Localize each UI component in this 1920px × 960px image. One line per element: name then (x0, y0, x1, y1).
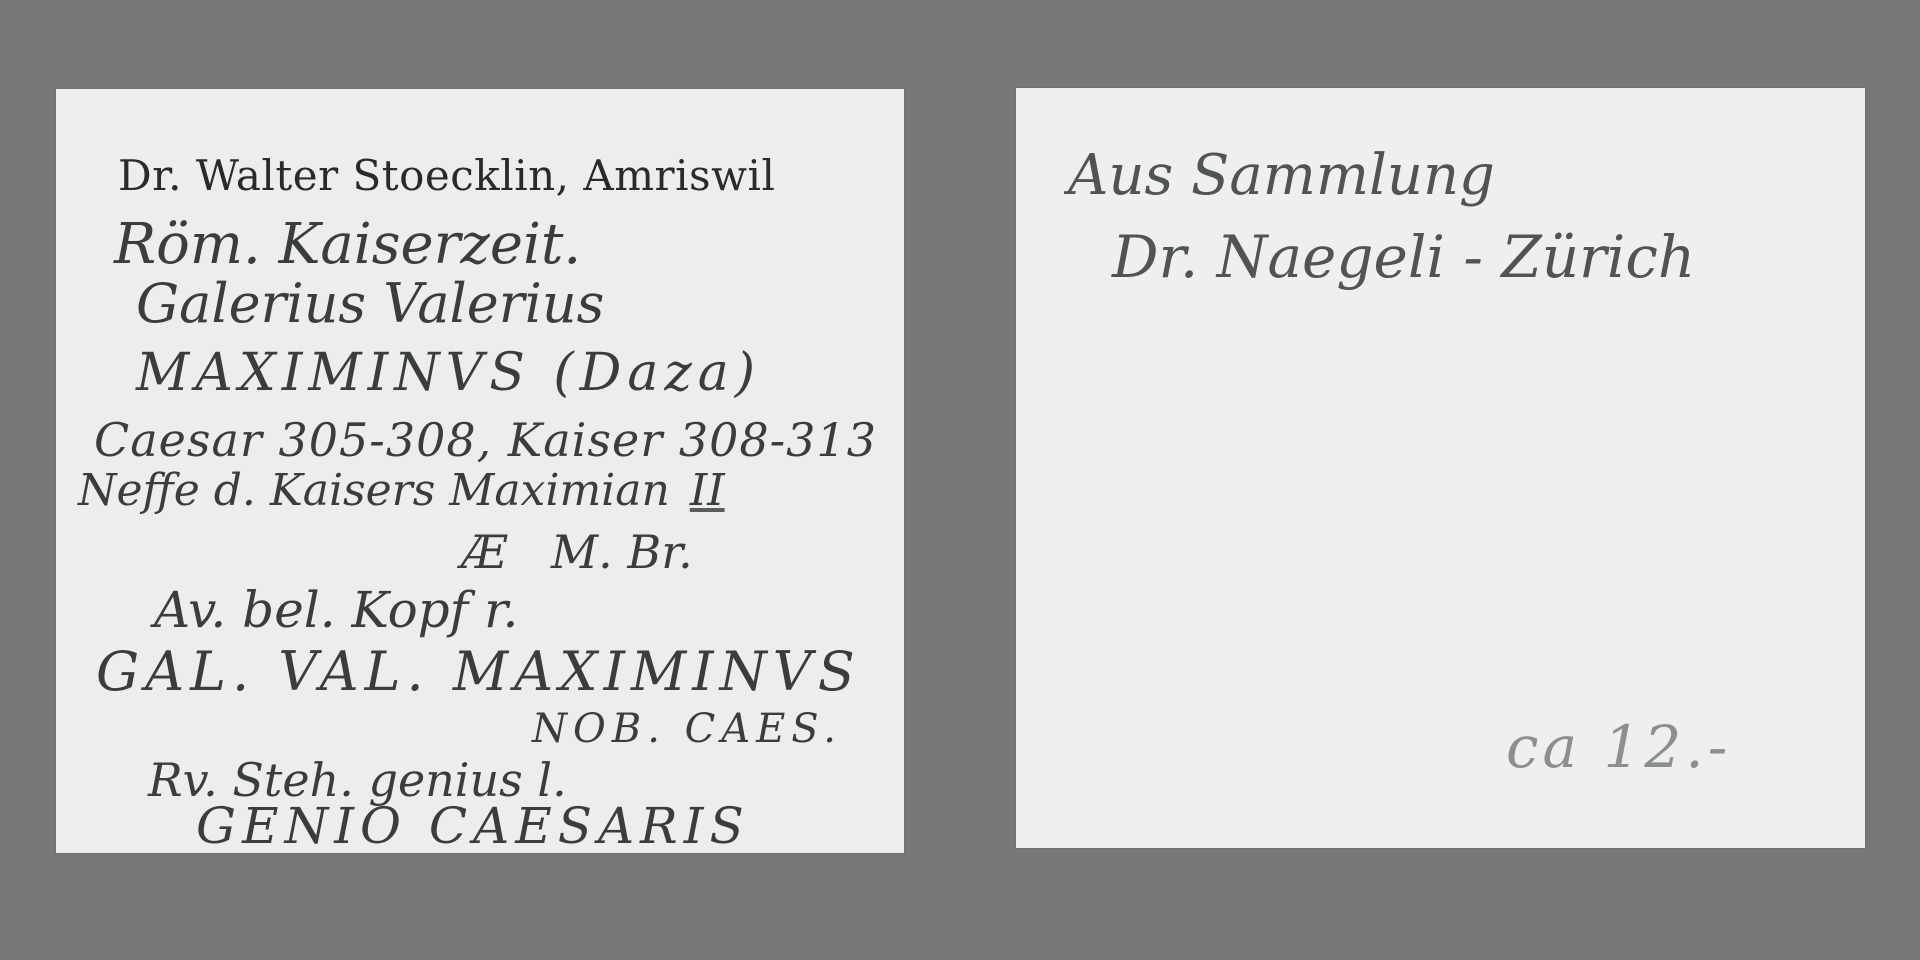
denomination-line: ÆM. Br. (461, 529, 693, 575)
coin-label-front: Dr. Walter Stoecklin, Amriswil Röm. Kais… (56, 89, 904, 853)
provenance-line: Aus Sammlung (1068, 148, 1495, 204)
roman-numeral: II (690, 465, 725, 516)
reign-dates-line: Caesar 305-308, Kaiser 308-313 (94, 417, 877, 463)
emperor-cognomen-line: MAXIMINVS (Daza) (136, 347, 761, 399)
obverse-description: Av. bel. Kopf r. (154, 585, 518, 635)
reverse-legend: GENIO CAESARIS (196, 801, 750, 851)
coin-label-back: Aus Sammlung Dr. Naegeli - Zürich ca 12.… (1016, 88, 1865, 848)
relation-line: Neffe d. Kaisers MaximianII (78, 469, 725, 513)
emperor-name-line: Galerius Valerius (136, 277, 604, 331)
obverse-legend-continued: NOB. CAES. (532, 709, 842, 749)
printed-header: Dr. Walter Stoecklin, Amriswil (118, 151, 775, 200)
obverse-legend: GAL. VAL. MAXIMINVS (96, 645, 861, 699)
relation-text: Neffe d. Kaisers Maximian (78, 465, 670, 516)
metal-symbol: Æ (461, 525, 507, 579)
price-note: ca 12.- (1506, 718, 1731, 776)
period-line: Röm. Kaiserzeit. (114, 217, 581, 273)
denomination: M. Br. (551, 525, 693, 579)
collector-line: Dr. Naegeli - Zürich (1112, 228, 1695, 286)
photo-stage: Dr. Walter Stoecklin, Amriswil Röm. Kais… (0, 0, 1920, 960)
